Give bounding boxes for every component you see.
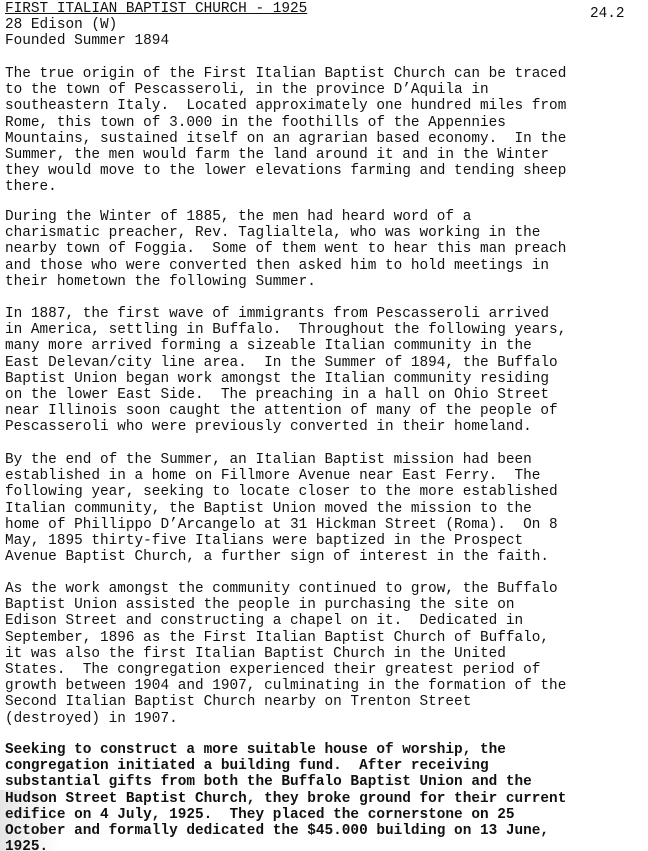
text-line: States. The congregation experienced the… — [5, 662, 645, 678]
text-line: Rome, this town of 3.000 in the foothill… — [5, 115, 645, 131]
paragraph-immigration: In 1887, the first wave of immigrants fr… — [5, 306, 645, 436]
text-line: In 1887, the first wave of immigrants fr… — [5, 306, 645, 322]
text-line: growth between 1904 and 1907, culminatin… — [5, 678, 645, 694]
text-line: near Illinois soon caught the attention … — [5, 403, 645, 419]
text-line: September, 1896 as the First Italian Bap… — [5, 630, 645, 646]
text-line: established in a home on Fillmore Avenue… — [5, 468, 645, 484]
text-line: 1925. — [5, 839, 645, 851]
paragraph-chapel: As the work amongst the community contin… — [5, 581, 645, 727]
church-address: 28 Edison (W) — [5, 17, 645, 33]
document-page: FIRST ITALIAN BAPTIST CHURCH - 1925 28 E… — [0, 0, 648, 851]
text-line: Hudson Street Baptist Church, they broke… — [5, 791, 645, 807]
document-title: FIRST ITALIAN BAPTIST CHURCH - 1925 — [5, 1, 645, 17]
text-line: congregation initiated a building fund. … — [5, 758, 645, 774]
paragraph-mission: By the end of the Summer, an Italian Bap… — [5, 452, 645, 565]
text-line: it was also the first Italian Baptist Ch… — [5, 646, 645, 662]
text-line: substantial gifts from both the Buffalo … — [5, 774, 645, 790]
document-header: FIRST ITALIAN BAPTIST CHURCH - 1925 28 E… — [5, 1, 645, 50]
text-line: following year, seeking to locate closer… — [5, 484, 645, 500]
founded-date: Founded Summer 1894 — [5, 33, 645, 49]
text-line: Summer, the men would farm the land arou… — [5, 147, 645, 163]
text-line: in America, settling in Buffalo. Through… — [5, 322, 645, 338]
page-number: 24.2 — [590, 6, 625, 22]
text-line: Mountains, sustained itself on an agrari… — [5, 131, 645, 147]
text-line: During the Winter of 1885, the men had h… — [5, 209, 645, 225]
text-line: By the end of the Summer, an Italian Bap… — [5, 452, 645, 468]
text-line: nearby town of Foggia. Some of them went… — [5, 241, 645, 257]
text-line: October and formally dedicated the $45.0… — [5, 823, 645, 839]
text-line: edifice on 4 July, 1925. They placed the… — [5, 807, 645, 823]
text-line: they would move to the lower elevations … — [5, 163, 645, 179]
text-line: to the town of Pescasseroli, in the prov… — [5, 82, 645, 98]
text-line: southeastern Italy. Located approximatel… — [5, 98, 645, 114]
text-line: there. — [5, 179, 645, 195]
paragraph-origin: The true origin of the First Italian Bap… — [5, 66, 645, 196]
text-line: (destroyed) in 1907. — [5, 711, 645, 727]
paragraph-building: Seeking to construct a more suitable hou… — [5, 742, 645, 851]
text-line: and those who were converted then asked … — [5, 258, 645, 274]
text-line: As the work amongst the community contin… — [5, 581, 645, 597]
text-line: Second Italian Baptist Church nearby on … — [5, 694, 645, 710]
text-line: Baptist Union assisted the people in pur… — [5, 597, 645, 613]
text-line: their hometown the following Summer. — [5, 274, 645, 290]
text-line: Edison Street and constructing a chapel … — [5, 613, 645, 629]
text-line: The true origin of the First Italian Bap… — [5, 66, 645, 82]
text-line: May, 1895 thirty-five Italians were bapt… — [5, 533, 645, 549]
text-line: on the lower East Side. The preaching in… — [5, 387, 645, 403]
text-line: charismatic preacher, Rev. Taglialtela, … — [5, 225, 645, 241]
text-line: Italian community, the Baptist Union mov… — [5, 501, 645, 517]
paragraph-preacher: During the Winter of 1885, the men had h… — [5, 209, 645, 290]
text-line: East Delevan/city line area. In the Summ… — [5, 355, 645, 371]
text-line: Baptist Union began work amongst the Ita… — [5, 371, 645, 387]
text-line: Avenue Baptist Church, a further sign of… — [5, 549, 645, 565]
text-line: Pescasseroli who were previously convert… — [5, 419, 645, 435]
text-line: Seeking to construct a more suitable hou… — [5, 742, 645, 758]
text-line: many more arrived forming a sizeable Ita… — [5, 338, 645, 354]
text-line: home of Phillippo D’Arcangelo at 31 Hick… — [5, 517, 645, 533]
